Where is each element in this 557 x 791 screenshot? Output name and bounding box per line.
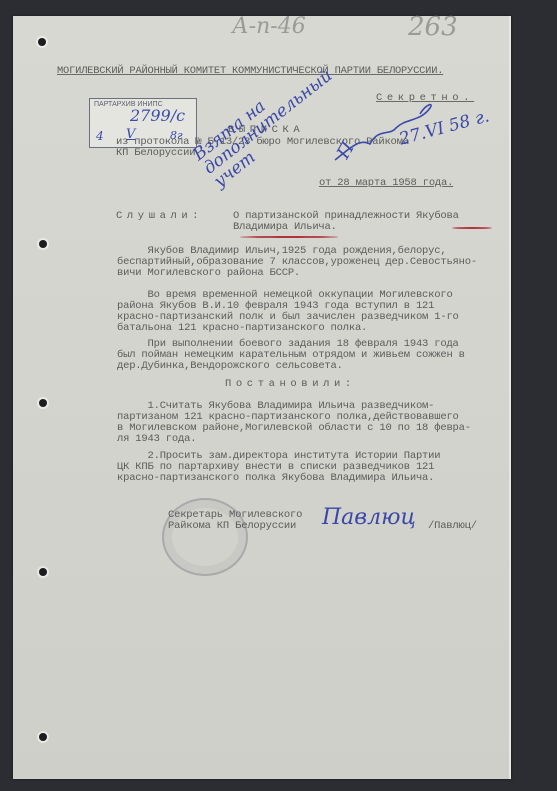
stamp-day: 4 (96, 129, 104, 143)
protocol-line-2: КП Белоруссии (116, 148, 195, 159)
handwritten-signature: Павлюц (322, 505, 416, 530)
red-underline (452, 227, 492, 229)
resolved-line: ля 1943 года. (117, 434, 196, 445)
punch-hole (39, 733, 47, 741)
organization-header: МОГИЛЕВСКИЙ РАЙОННЫЙ КОМИТЕТ КОММУНИСТИЧ… (57, 66, 443, 77)
archive-fond-code: А-п-46 (232, 14, 306, 39)
protocol-date: от 28 марта 1958 года. (319, 178, 453, 189)
archive-sheet-number: 263 (408, 12, 458, 42)
punch-hole (38, 38, 46, 46)
punch-hole (39, 399, 47, 407)
heard-label: Слушали: (116, 211, 203, 222)
signatory-name: /Павлюц/ (428, 521, 477, 532)
body-line: вичи Могилевского района БССР. (117, 268, 300, 279)
signature-line-2: Райкома КП Белоруссии (168, 521, 296, 532)
resolved-line: красно-партизанского полка Якубова Влади… (117, 473, 434, 484)
body-line: дер.Дубинка,Вендорожского сельсовета. (117, 361, 343, 372)
body-line: батальона 121 красно-партизанского полка… (117, 323, 367, 334)
punch-hole (39, 568, 47, 576)
red-underline (240, 236, 338, 238)
stamp-number: 2799/с (130, 106, 185, 125)
heard-line-2: Владимира Ильича. (233, 222, 337, 233)
resolved-label: Постановили: (225, 379, 356, 390)
punch-hole (39, 240, 47, 248)
